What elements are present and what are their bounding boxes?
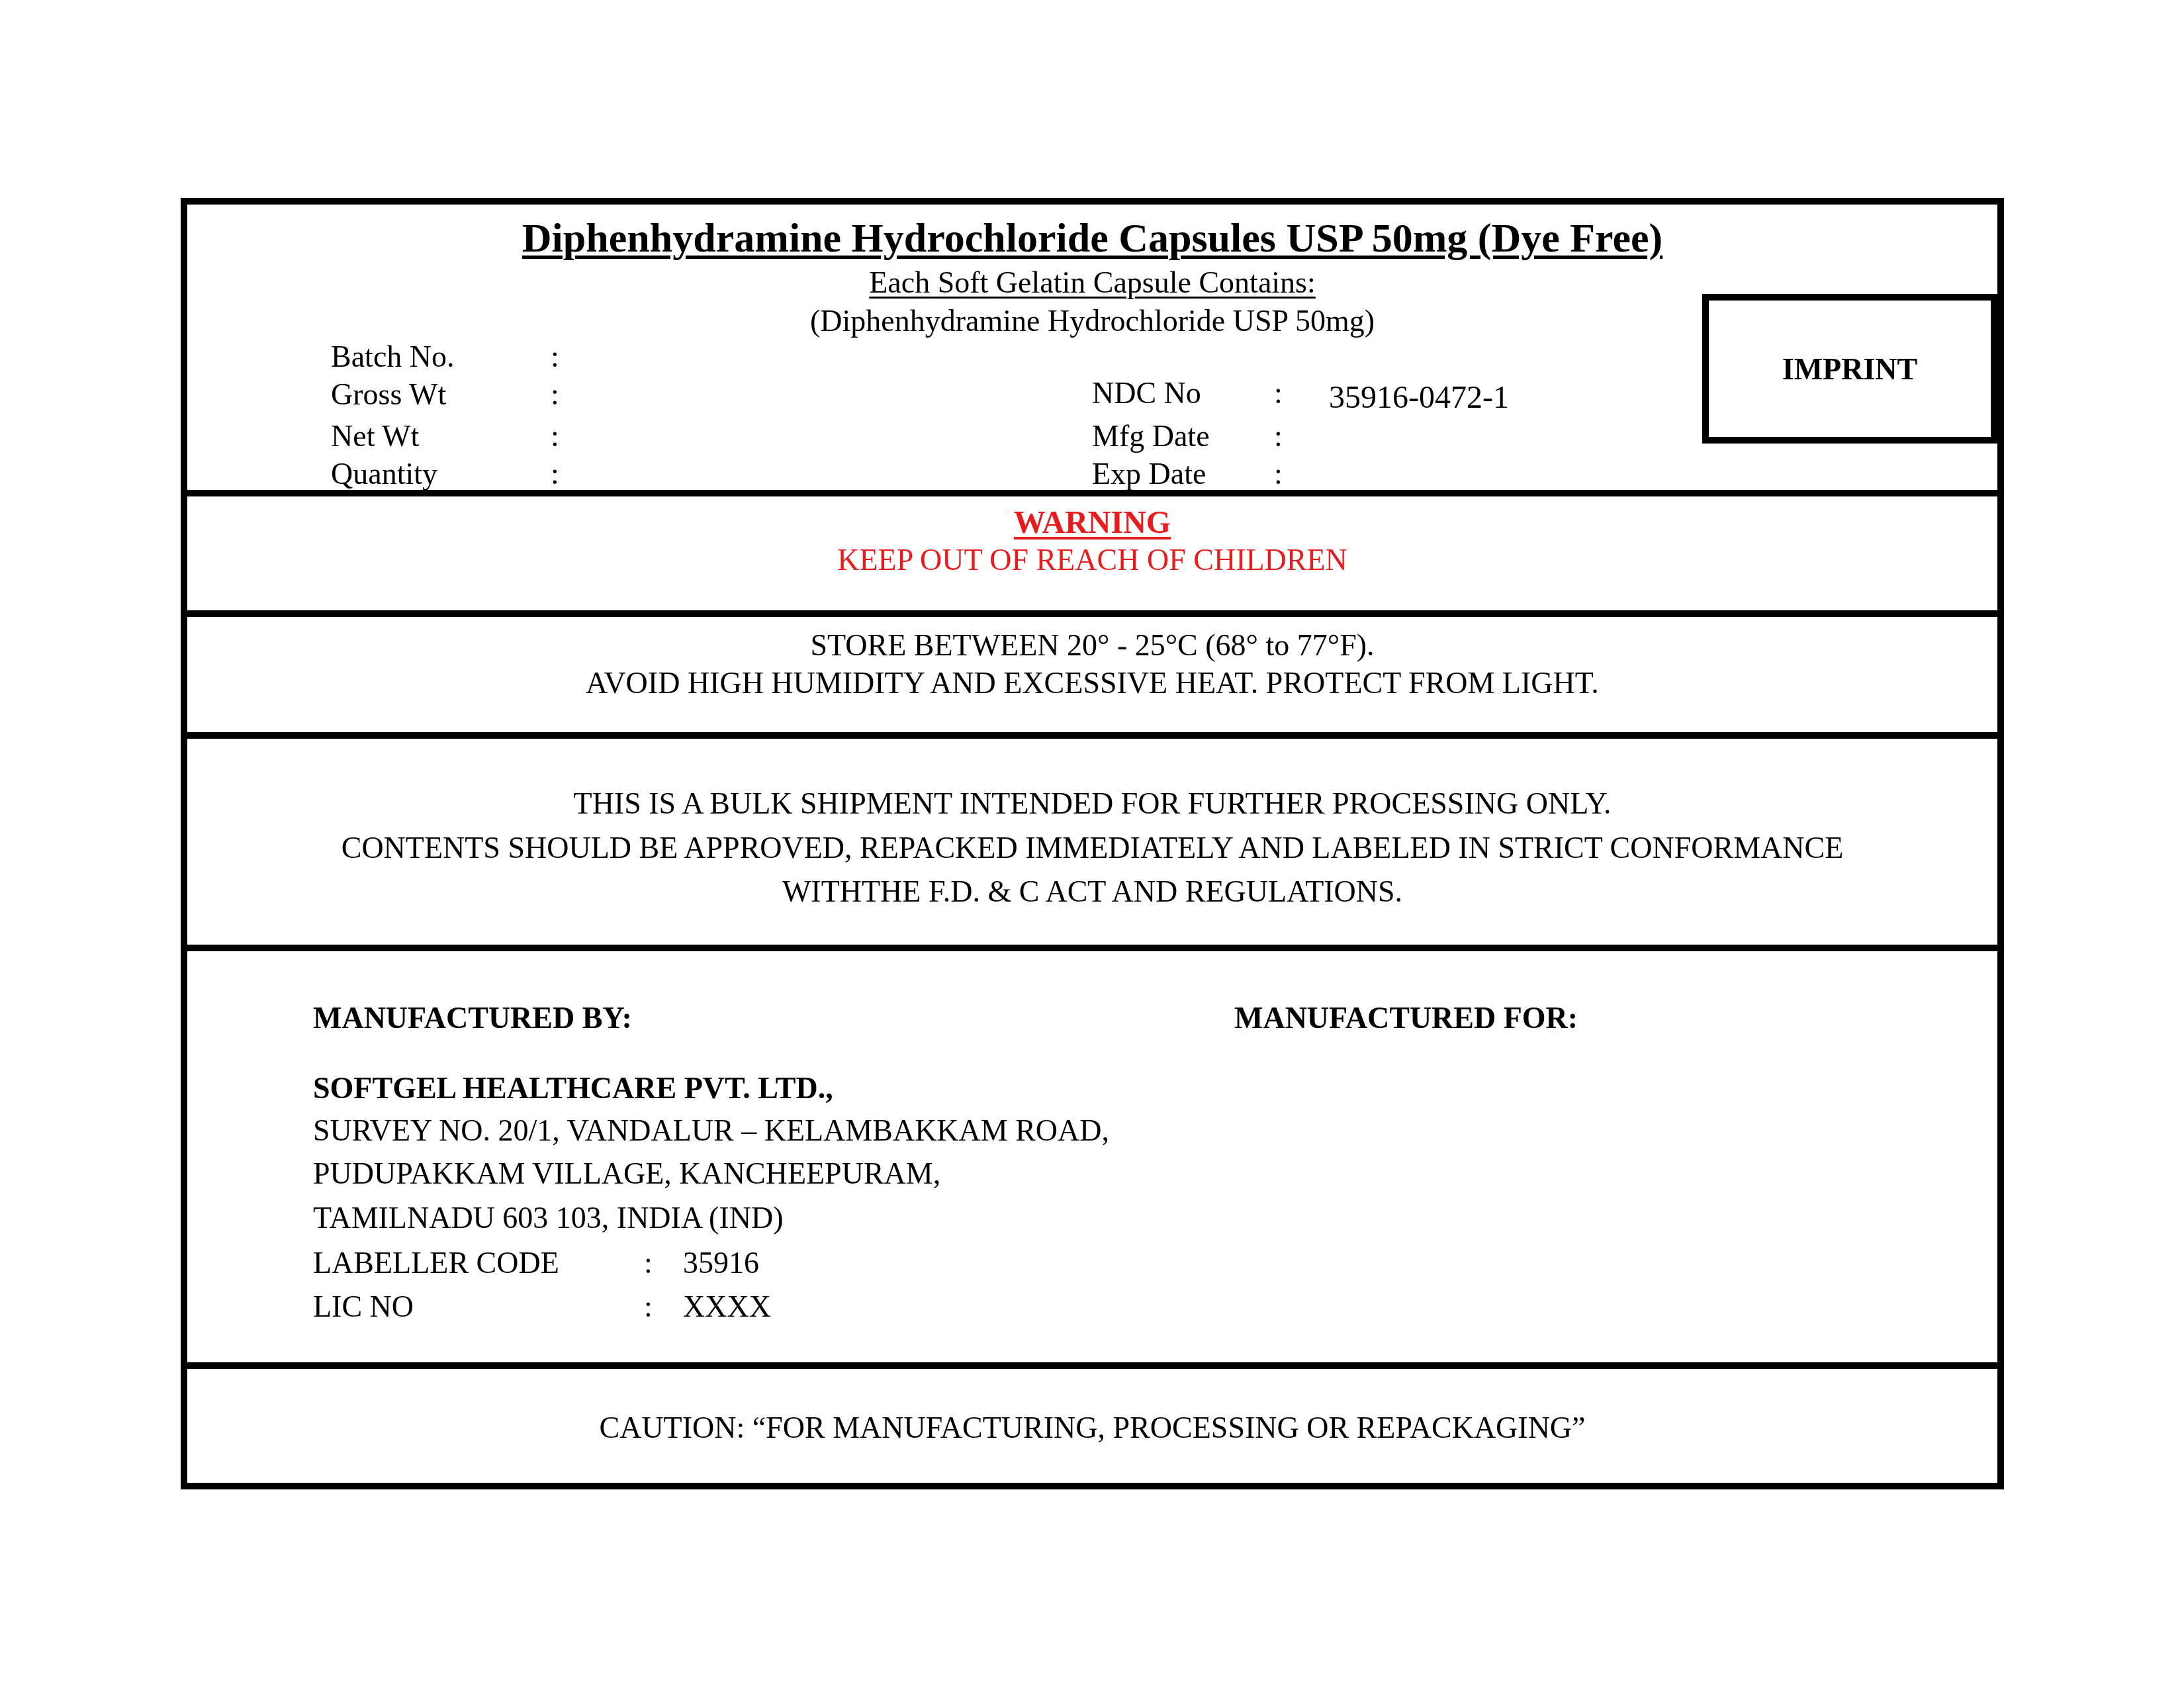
- divider: [187, 1362, 1997, 1369]
- product-title: Diphenhydramine Hydrochloride Capsules U…: [187, 218, 1997, 259]
- address-line-1: SURVEY NO. 20/1, VANDALUR – KELAMBAKKAM …: [313, 1115, 1109, 1146]
- field-separator: :: [551, 459, 559, 489]
- divider: [187, 610, 1997, 617]
- divider: [187, 945, 1997, 951]
- field-separator: :: [551, 421, 559, 451]
- bulk-line-3: WITHTHE F.D. & C ACT AND REGULATIONS.: [187, 876, 1997, 907]
- lic-no-label: LIC NO: [313, 1291, 414, 1322]
- caution-text: CAUTION: “FOR MANUFACTURING, PROCESSING …: [187, 1413, 1997, 1443]
- storage-line-2: AVOID HIGH HUMIDITY AND EXCESSIVE HEAT. …: [187, 668, 1997, 698]
- labeller-code-separator: :: [644, 1248, 653, 1278]
- lic-no-value: XXXX: [683, 1291, 771, 1322]
- address-line-3: TAMILNADU 603 103, INDIA (IND): [313, 1203, 783, 1233]
- field-separator: :: [1274, 459, 1283, 489]
- divider: [187, 732, 1997, 739]
- field-label: Quantity: [331, 459, 437, 489]
- manufacturer-company: SOFTGEL HEALTHCARE PVT. LTD.,: [313, 1073, 833, 1103]
- field-label: Batch No.: [331, 342, 455, 372]
- field-label: Net Wt: [331, 421, 419, 451]
- field-label: Mfg Date: [1092, 421, 1210, 451]
- bulk-line-1: THIS IS A BULK SHIPMENT INTENDED FOR FUR…: [187, 788, 1997, 819]
- field-label: Gross Wt: [331, 379, 446, 410]
- divider: [187, 490, 1997, 496]
- field-label: NDC No: [1092, 378, 1201, 408]
- warning-text: KEEP OUT OF REACH OF CHILDREN: [187, 545, 1997, 575]
- ndc-number: 35916-0472-1: [1329, 382, 1509, 414]
- imprint-box: IMPRINT: [1702, 294, 1997, 444]
- manufactured-for-heading: MANUFACTURED FOR:: [1234, 1003, 1578, 1033]
- labeller-code-value: 35916: [683, 1248, 759, 1278]
- warning-title: WARNING: [187, 507, 1997, 539]
- field-separator: :: [1274, 378, 1283, 408]
- field-separator: :: [551, 342, 559, 372]
- imprint-label: IMPRINT: [1782, 352, 1917, 387]
- lic-no-separator: :: [644, 1291, 653, 1322]
- field-separator: :: [1274, 421, 1283, 451]
- contains-heading-text: Each Soft Gelatin Capsule Contains:: [869, 265, 1316, 299]
- labeller-code-label: LABELLER CODE: [313, 1248, 559, 1278]
- field-label: Exp Date: [1092, 459, 1206, 489]
- address-line-2: PUDUPAKKAM VILLAGE, KANCHEEPURAM,: [313, 1158, 940, 1189]
- bulk-line-2: CONTENTS SHOULD BE APPROVED, REPACKED IM…: [187, 833, 1997, 863]
- storage-line-1: STORE BETWEEN 20° - 25°C (68° to 77°F).: [187, 630, 1997, 661]
- manufactured-by-heading: MANUFACTURED BY:: [313, 1003, 632, 1033]
- bulk-shipment-label: Diphenhydramine Hydrochloride Capsules U…: [181, 198, 2004, 1489]
- field-separator: :: [551, 379, 559, 410]
